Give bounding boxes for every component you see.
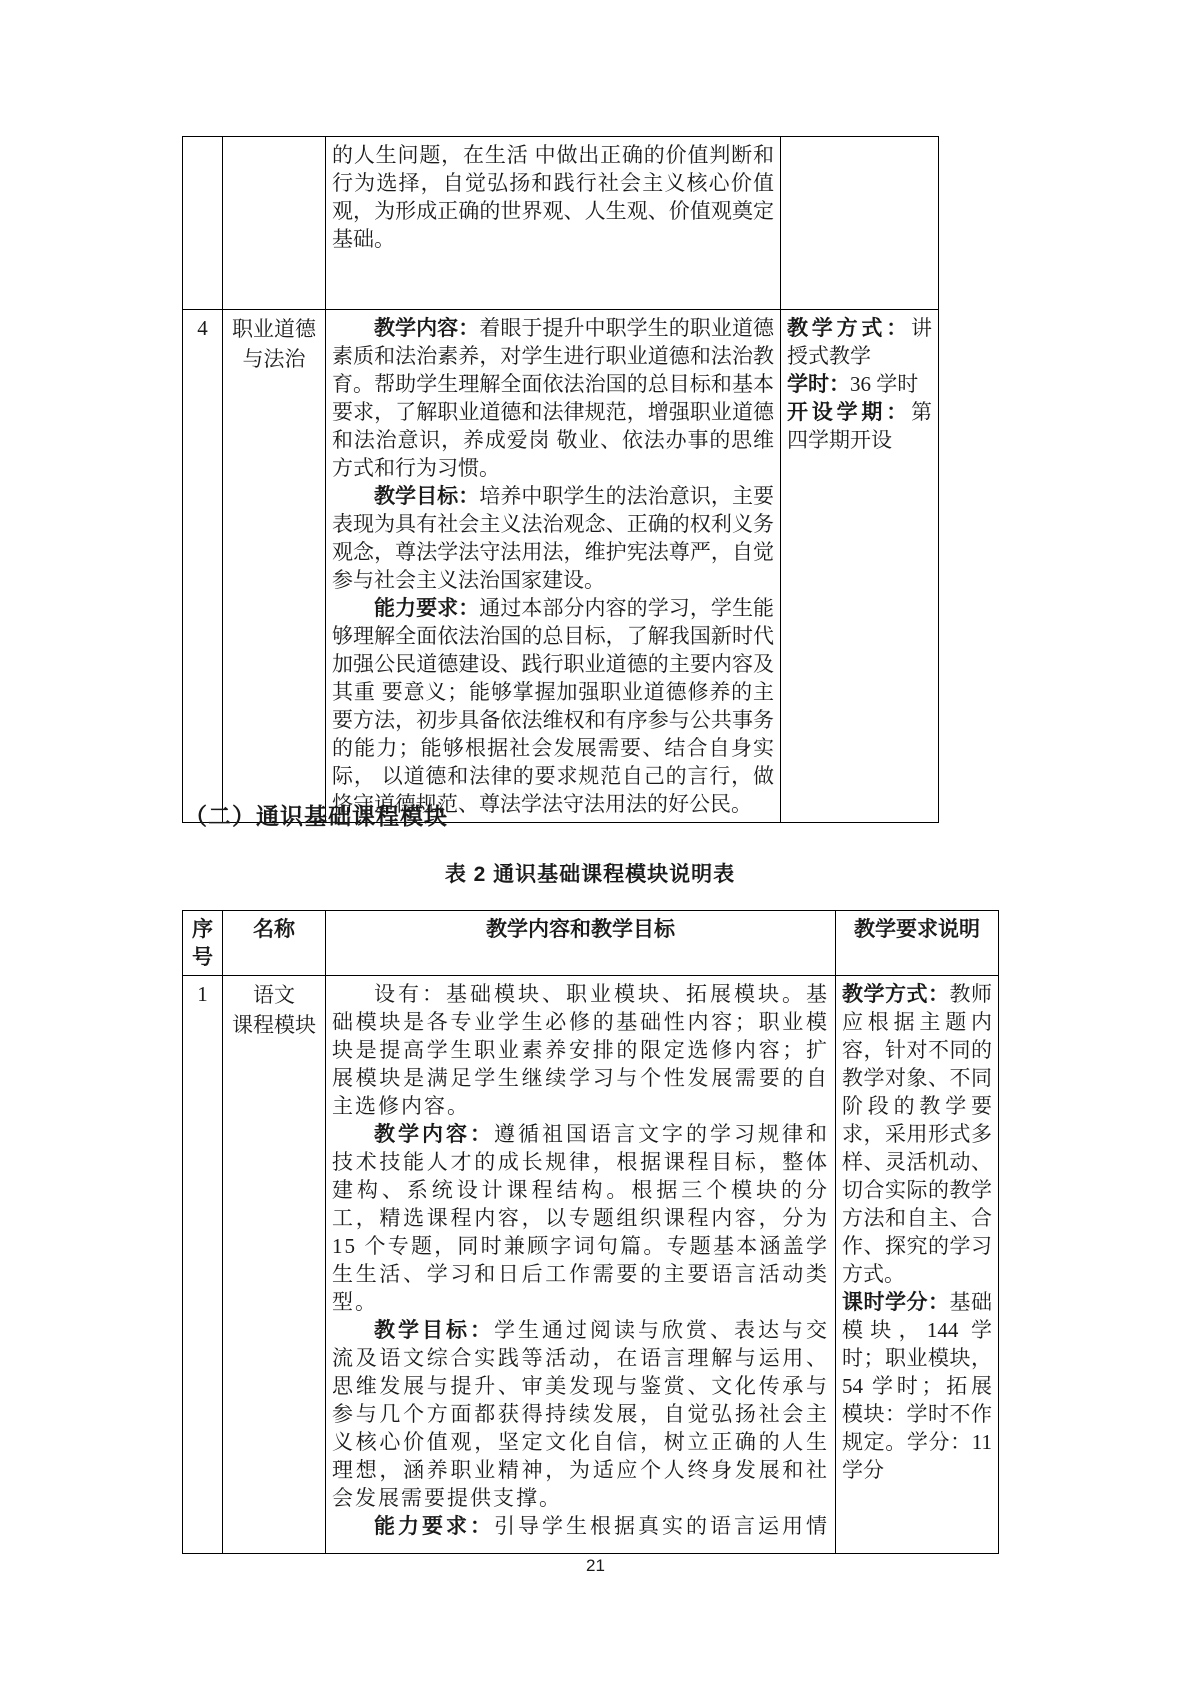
course-name-line: 职业道德 (229, 314, 319, 344)
table2-header-index: 序号 (183, 911, 223, 976)
paragraph-text: 通过本部分内容的学习，学生能够理解全面依法治国的总目标，了解我国新时代加强公民道… (332, 596, 774, 816)
table1-partial-row: 的人生问题，在生活 中做出正确的价值判断和行为选择，自觉弘扬和践行社会主义核心价… (183, 137, 939, 310)
table2-row1-requirements-cell: 教学方式：教师应根据主题内容，针对不同的教学对象、不同阶段的教学要求，采用形式多… (836, 976, 999, 1554)
paragraph: 教学目标：培养中职学生的法治意识，主要表现为具有社会主义法治观念、正确的权利义务… (332, 482, 774, 594)
requirement-item: 课时学分：基础模块，144 学时；职业模块，54 学时；拓展模块：学时不作规定。… (842, 1288, 992, 1484)
table2-header-requirements: 教学要求说明 (836, 911, 999, 976)
requirement-item: 开设学期：第四学期开设 (787, 398, 932, 454)
paragraph: 能力要求：通过本部分内容的学习，学生能够理解全面依法治国的总目标，了解我国新时代… (332, 594, 774, 818)
paragraph: 教学内容：着眼于提升中职学生的职业道德素质和法治素养，对学生进行职业道德和法治教… (332, 314, 774, 482)
module-table-2: 序号 名称 教学内容和教学目标 教学要求说明 1 语文 课程模块 设有：基础模块… (182, 910, 999, 1554)
table1-partial-content-cell: 的人生问题，在生活 中做出正确的价值判断和行为选择，自觉弘扬和践行社会主义核心价… (326, 137, 781, 310)
paragraph-label: 能力要求： (374, 1514, 494, 1536)
content-clip: 教学方式：教师应根据主题内容，针对不同的教学对象、不同阶段的教学要求，采用形式多… (842, 980, 992, 1536)
table1-row-4: 4 职业道德 与法治 教学内容：着眼于提升中职学生的职业道德素质和法治素养，对学… (183, 310, 939, 823)
table2-header-name: 名称 (223, 911, 326, 976)
table2-row1-index-cell: 1 (183, 976, 223, 1554)
requirement-item: 学时：36 学时 (787, 370, 932, 398)
paragraph-label: 教学目标： (374, 1318, 494, 1342)
table1-row4-name-cell: 职业道德 与法治 (223, 310, 326, 823)
table1-partial-requirements-cell (781, 137, 939, 310)
requirement-label: 教学方式： (787, 316, 911, 340)
document-page: 的人生问题，在生活 中做出正确的价值判断和行为选择，自觉弘扬和践行社会主义核心价… (0, 0, 1191, 1684)
table1-row4-requirements-cell: 教学方式：讲授式教学 学时：36 学时 开设学期：第四学期开设 (781, 310, 939, 823)
table2-row-1: 1 语文 课程模块 设有：基础模块、职业模块、拓展模块。基础模块是各专业学生必修… (183, 976, 999, 1554)
table1-partial-name-cell (223, 137, 326, 310)
requirement-text: 36 学时 (850, 372, 918, 396)
table2-row1-content-cell: 设有：基础模块、职业模块、拓展模块。基础模块是各专业学生必修的基础性内容；职业模… (326, 976, 836, 1554)
requirement-text: 教师应根据主题内容，针对不同的教学对象、不同阶段的教学要求，采用形式多样、灵活机… (842, 982, 992, 1286)
paragraph-label: 教学内容： (374, 1122, 494, 1146)
paragraph-text: 学生通过阅读与欣赏、表达与交流及语文综合实践等活动，在语言理解与运用、思维发展与… (332, 1318, 829, 1510)
table2-title: 表 2 通识基础课程模块说明表 (182, 858, 998, 888)
paragraph-text: 设有：基础模块、职业模块、拓展模块。基础模块是各专业学生必修的基础性内容；职业模… (332, 982, 829, 1118)
paragraph-label: 能力要求： (374, 596, 479, 620)
requirement-label: 课时学分： (842, 1290, 950, 1314)
paragraph-label: 教学目标： (374, 484, 479, 508)
page-number: 21 (0, 1556, 1191, 1576)
requirement-text: 基础模块，144 学时；职业模块，54 学时；拓展模块：学时不作规定。学分：11… (842, 1290, 992, 1482)
section-heading: （二）通识基础课程模块 (184, 798, 448, 831)
requirement-label: 教学方式： (842, 982, 950, 1006)
table1-row4-index-cell: 4 (183, 310, 223, 823)
table2-header-content: 教学内容和教学目标 (326, 911, 836, 976)
course-name-line: 语文 (229, 980, 319, 1010)
table1-row4-content-cell: 教学内容：着眼于提升中职学生的职业道德素质和法治素养，对学生进行职业道德和法治教… (326, 310, 781, 823)
module-table-1: 的人生问题，在生活 中做出正确的价值判断和行为选择，自觉弘扬和践行社会主义核心价… (182, 136, 939, 823)
paragraph-text: 遵循祖国语言文字的学习规律和技术技能人才的成长规律，根据课程目标，整体建构、系统… (332, 1122, 829, 1314)
paragraph: 教学目标：学生通过阅读与欣赏、表达与交流及语文综合实践等活动，在语言理解与运用、… (332, 1316, 829, 1512)
requirement-label: 开设学期： (787, 400, 911, 424)
paragraph-text: 着眼于提升中职学生的职业道德素质和法治素养，对学生进行职业道德和法治教育。帮助学… (332, 316, 774, 480)
course-name-line: 课程模块 (229, 1010, 319, 1040)
paragraph: 设有：基础模块、职业模块、拓展模块。基础模块是各专业学生必修的基础性内容；职业模… (332, 980, 829, 1120)
requirement-label: 学时： (787, 372, 850, 396)
table2-row1-name-cell: 语文 课程模块 (223, 976, 326, 1554)
paragraph-label: 教学内容： (374, 316, 479, 340)
paragraph: 的人生问题，在生活 中做出正确的价值判断和行为选择，自觉弘扬和践行社会主义核心价… (332, 141, 774, 253)
requirement-item: 教学方式：讲授式教学 (787, 314, 932, 370)
table1-partial-index-cell (183, 137, 223, 310)
paragraph: 教学内容：遵循祖国语言文字的学习规律和技术技能人才的成长规律，根据课程目标，整体… (332, 1120, 829, 1316)
requirement-item: 教学方式：教师应根据主题内容，针对不同的教学对象、不同阶段的教学要求，采用形式多… (842, 980, 992, 1288)
table2-header-row: 序号 名称 教学内容和教学目标 教学要求说明 (183, 911, 999, 976)
content-clip: 设有：基础模块、职业模块、拓展模块。基础模块是各专业学生必修的基础性内容；职业模… (332, 980, 829, 1536)
course-name-line: 与法治 (229, 344, 319, 374)
paragraph: 能力要求：引导学生根据真实的语言运用情境，开展自主的言语实践活动，积累言语经验， (332, 1512, 829, 1536)
